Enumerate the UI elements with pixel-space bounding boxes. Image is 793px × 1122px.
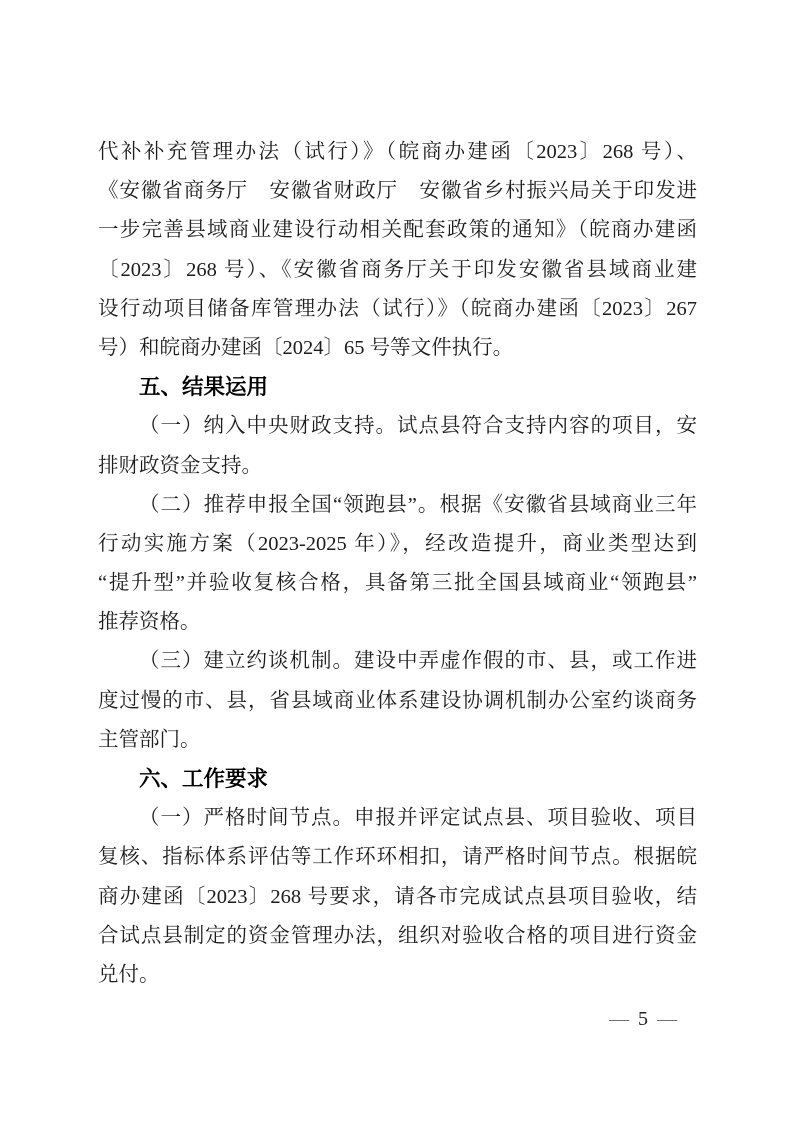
text-line: （三）建立约谈机制。建设中弄虚作假的市、县，或工作进 — [98, 642, 697, 681]
section-5-item-3: （三）建立约谈机制。建设中弄虚作假的市、县，或工作进 度过慢的市、县，省县域商业… — [98, 642, 697, 760]
text-line: 排财政资金支持。 — [98, 447, 697, 486]
section-5-item-1: （一）纳入中央财政支持。试点县符合支持内容的项目，安 排财政资金支持。 — [98, 407, 697, 485]
page-footer: —5— — [609, 1004, 677, 1034]
text-line: （一）严格时间节点。申报并评定试点县、项目验收、项目 — [98, 799, 697, 838]
text-line: （二）推荐申报全国“领跑县”。根据《安徽省县域商业三年 — [98, 486, 697, 525]
document-page: 代补补充管理办法（试行）》（皖商办建函〔2023〕268 号）、 《安徽省商务厅… — [0, 0, 793, 1122]
text-line: 主管部门。 — [98, 721, 697, 760]
text-line: 商办建函〔2023〕268 号要求，请各市完成试点县项目验收，结 — [98, 878, 697, 917]
text-line: 度过慢的市、县，省县域商业体系建设协调机制办公室约谈商务 — [98, 682, 697, 721]
page-number: 5 — [638, 1008, 648, 1030]
text-line: 〔2023〕268 号）、《安徽省商务厅关于印发安徽省县域商业建 — [98, 251, 697, 290]
document-body: 代补补充管理办法（试行）》（皖商办建函〔2023〕268 号）、 《安徽省商务厅… — [98, 133, 697, 995]
section-6-item-1: （一）严格时间节点。申报并评定试点县、项目验收、项目 复核、指标体系评估等工作环… — [98, 799, 697, 995]
text-line: 代补补充管理办法（试行）》（皖商办建函〔2023〕268 号）、 — [98, 133, 697, 172]
text-line: “提升型”并验收复核合格，具备第三批全国县域商业“领跑县” — [98, 564, 697, 603]
text-line: 合试点县制定的资金管理办法，组织对验收合格的项目进行资金 — [98, 917, 697, 956]
text-line: 号）和皖商办建函〔2024〕65 号等文件执行。 — [98, 329, 697, 368]
footer-dash-left: — — [609, 1008, 629, 1030]
footer-dash-right: — — [657, 1008, 677, 1030]
text-line: 行动实施方案（2023-2025 年）》，经改造提升，商业类型达到 — [98, 525, 697, 564]
paragraph-continuation: 代补补充管理办法（试行）》（皖商办建函〔2023〕268 号）、 《安徽省商务厅… — [98, 133, 697, 368]
text-line: （一）纳入中央财政支持。试点县符合支持内容的项目，安 — [98, 407, 697, 446]
text-line: 设行动项目储备库管理办法（试行）》（皖商办建函〔2023〕267 — [98, 290, 697, 329]
text-line: 推荐资格。 — [98, 603, 697, 642]
section-6-heading: 六、工作要求 — [98, 760, 697, 799]
section-5-item-2: （二）推荐申报全国“领跑县”。根据《安徽省县域商业三年 行动实施方案（2023-… — [98, 486, 697, 643]
section-5-heading: 五、结果运用 — [98, 368, 697, 407]
text-line: 一步完善县域商业建设行动相关配套政策的通知》（皖商办建函 — [98, 211, 697, 250]
text-line: 兑付。 — [98, 956, 697, 995]
text-line: 复核、指标体系评估等工作环环相扣，请严格时间节点。根据皖 — [98, 838, 697, 877]
text-line: 《安徽省商务厅 安徽省财政厅 安徽省乡村振兴局关于印发进 — [98, 172, 697, 211]
